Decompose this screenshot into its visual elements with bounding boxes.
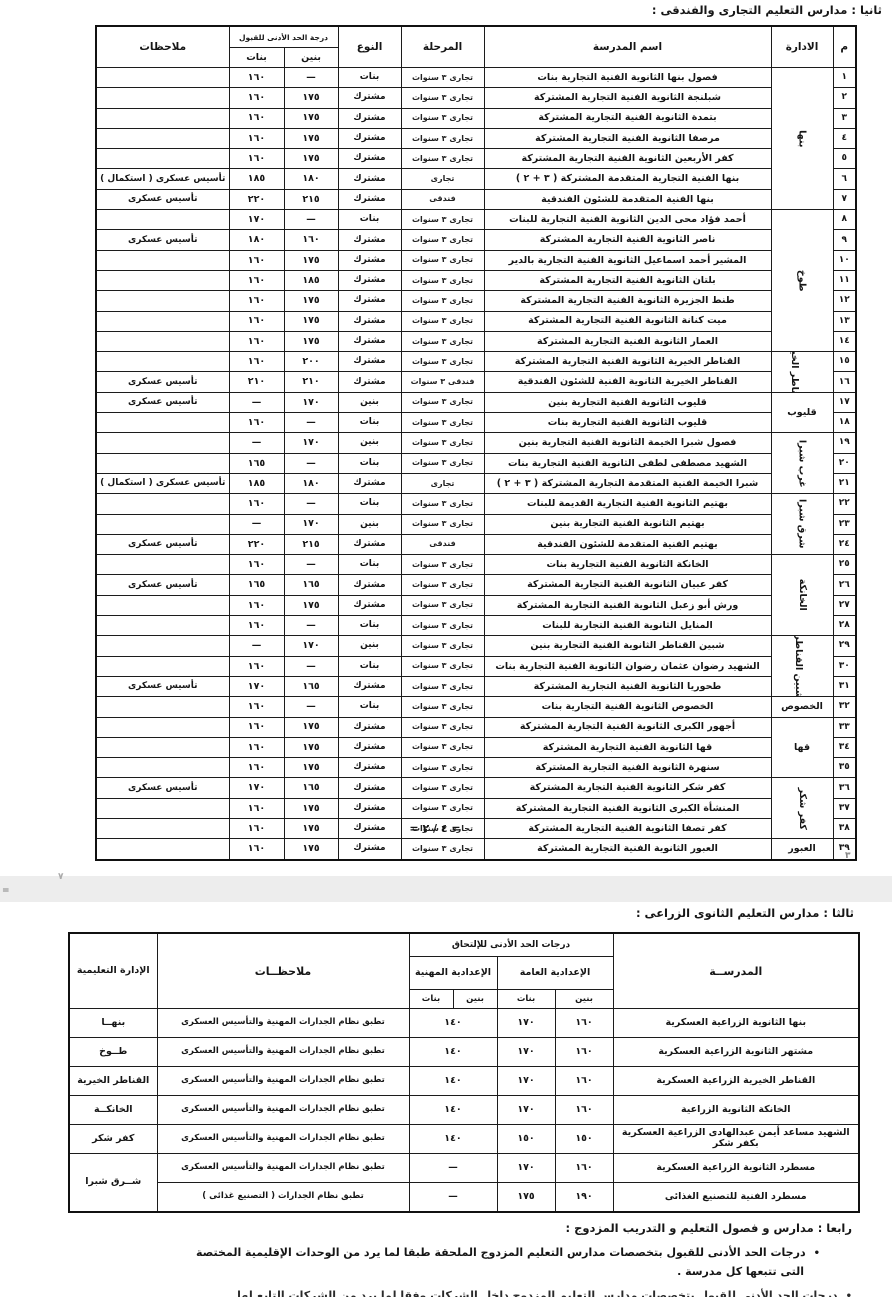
table-row: ٣٧المنشأة الكبرى الثانوية الفنية التجاري… bbox=[96, 798, 856, 818]
type: مشترك bbox=[338, 291, 401, 311]
stage: تجارى ٣ سنوات bbox=[401, 636, 484, 656]
school-name: كفر الأربعين الثانوية الفنية التجارية ال… bbox=[484, 149, 771, 169]
stage: تجارى ٣ سنوات bbox=[401, 291, 484, 311]
row-number: ١٤ bbox=[833, 331, 856, 351]
header-notes: ملاحظــات bbox=[157, 933, 409, 1009]
general-boys-grade: ١٩٠ bbox=[555, 1183, 613, 1213]
school-name: قليوب الثانوية الفنية التجارية بنات bbox=[484, 413, 771, 433]
vocational-grade: — bbox=[409, 1154, 497, 1183]
table-row: ٩ناصر الثانوية الفنية التجارية المشتركةت… bbox=[96, 230, 856, 250]
school-name: ورش أبو زعبل الثانوية الفنية التجارية ال… bbox=[484, 595, 771, 615]
school-name: فصول بنها الثانوية الفنية التجارية بنات bbox=[484, 68, 771, 88]
row-number: ٧ bbox=[833, 189, 856, 209]
agricultural-schools-table: المدرســة درجات الحد الأدنى للإلتحاق ملا… bbox=[68, 932, 860, 1213]
stage: تجارى ٣ سنوات bbox=[401, 717, 484, 737]
type: بنات bbox=[338, 494, 401, 514]
girls-min-grade: ١٦٠ bbox=[229, 68, 284, 88]
stage: تجارى ٣ سنوات bbox=[401, 514, 484, 534]
type: بنين bbox=[338, 392, 401, 412]
type: مشترك bbox=[338, 230, 401, 250]
girls-min-grade: ١٦٥ bbox=[229, 575, 284, 595]
admin-label: شبين القناطر bbox=[793, 636, 803, 697]
boys-min-grade: ١٧٥ bbox=[284, 717, 338, 737]
notes bbox=[96, 555, 229, 575]
row-number: ٢٤ bbox=[833, 534, 856, 554]
type: مشترك bbox=[338, 149, 401, 169]
girls-min-grade: ١٦٠ bbox=[229, 697, 284, 717]
notes bbox=[96, 839, 229, 860]
header-admin: الادارة bbox=[771, 26, 833, 68]
table-row: ٣٤قها الثانوية الفنية التجارية المشتركةت… bbox=[96, 737, 856, 757]
type: بنات bbox=[338, 413, 401, 433]
row-number: ٦ bbox=[833, 169, 856, 189]
row-number: ١٣ bbox=[833, 311, 856, 331]
vocational-grade: ١٤٠ bbox=[409, 1096, 497, 1125]
admin-label: العبور bbox=[788, 843, 816, 854]
header-stage: المرحلة bbox=[401, 26, 484, 68]
table-row: ٣٥سنهرة الثانوية الفنية التجارية المشترك… bbox=[96, 758, 856, 778]
school-name: طحوريا الثانوية الفنية التجارية المشتركة bbox=[484, 676, 771, 696]
school-name: كفر عبيان الثانوية الفنية التجارية المشت… bbox=[484, 575, 771, 595]
notes bbox=[96, 798, 229, 818]
boys-min-grade: ١٧٥ bbox=[284, 128, 338, 148]
table-row: ١٨قليوب الثانوية الفنية التجارية بناتتجا… bbox=[96, 413, 856, 433]
admin-cell: قليوب bbox=[771, 392, 833, 433]
dual-education-notes: •درجات الحد الأدنى للقبول بتخصصات مدارس … bbox=[72, 1244, 820, 1281]
stage: تجارى ٣ سنوات bbox=[401, 575, 484, 595]
type: بنات bbox=[338, 697, 401, 717]
stage: تجارى bbox=[401, 169, 484, 189]
girls-min-grade: ١٦٥ bbox=[229, 453, 284, 473]
notes bbox=[96, 514, 229, 534]
girls-min-grade: ١٧٠ bbox=[229, 676, 284, 696]
general-boys-grade: ١٦٠ bbox=[555, 1009, 613, 1038]
boys-min-grade: ١٨٥ bbox=[284, 270, 338, 290]
school-name: أحمد فؤاد محى الدين الثانوية الفنية التج… bbox=[484, 210, 771, 230]
school-name: مرصفا الثانوية الفنية التجارية المشتركة bbox=[484, 128, 771, 148]
boys-min-grade: — bbox=[284, 453, 338, 473]
vocational-grade: ١٤٠ bbox=[409, 1067, 497, 1096]
admin-cell: غرب شبرا bbox=[771, 433, 833, 494]
girls-min-grade: ١٦٠ bbox=[229, 798, 284, 818]
stage: تجارى ٣ سنوات bbox=[401, 433, 484, 453]
girls-min-grade: ١٦٠ bbox=[229, 88, 284, 108]
notes bbox=[96, 616, 229, 636]
notes bbox=[96, 210, 229, 230]
table-row: ٨طوخأحمد فؤاد محى الدين الثانوية الفنية … bbox=[96, 210, 856, 230]
header-admin: الإدارة التعليمية bbox=[69, 933, 157, 1009]
boys-min-grade: — bbox=[284, 68, 338, 88]
school-name: الخانكة الثانوية الزراعية bbox=[613, 1096, 859, 1125]
type: بنين bbox=[338, 514, 401, 534]
notes bbox=[96, 88, 229, 108]
table-row: ١٦القناطر الخيرية الثانوية الفنية للشئون… bbox=[96, 372, 856, 392]
stage: تجارى ٣ سنوات bbox=[401, 656, 484, 676]
table-row: ٢٧ورش أبو زعبل الثانوية الفنية التجارية … bbox=[96, 595, 856, 615]
type: مشترك bbox=[338, 839, 401, 860]
commercial-table-header: م الادارة اسم المدرسة المرحلة النوع درجة… bbox=[96, 26, 856, 68]
school-name: فصول شبرا الخيمة الثانوية الفنية التجاري… bbox=[484, 433, 771, 453]
school-name: ميت كنانة الثانوية الفنية التجارية المشت… bbox=[484, 311, 771, 331]
girls-min-grade: ١٦٠ bbox=[229, 616, 284, 636]
admin-label: طوخ bbox=[797, 270, 807, 292]
type: مشترك bbox=[338, 534, 401, 554]
header-girls: بنات bbox=[229, 48, 284, 68]
admin-cell: الخانكة bbox=[771, 555, 833, 636]
boys-min-grade: ١٧٥ bbox=[284, 595, 338, 615]
commercial-schools-table: م الادارة اسم المدرسة المرحلة النوع درجة… bbox=[95, 25, 857, 861]
boys-min-grade: ١٧٥ bbox=[284, 108, 338, 128]
girls-min-grade: ١٦٠ bbox=[229, 494, 284, 514]
school-name: كفر تصفا الثانوية الفنية التجارية المشتر… bbox=[484, 818, 771, 838]
row-number: ٤ bbox=[833, 128, 856, 148]
row-number: ٢٦ bbox=[833, 575, 856, 595]
stage: تجارى ٣ سنوات bbox=[401, 331, 484, 351]
vocational-grade: — bbox=[409, 1183, 497, 1213]
row-number: ١ bbox=[833, 68, 856, 88]
school-name: بهتيم الثانوية الفنية التجارية بنين bbox=[484, 514, 771, 534]
stage: تجارى ٣ سنوات bbox=[401, 413, 484, 433]
type: بنين bbox=[338, 636, 401, 656]
table-row: ٢٦كفر عبيان الثانوية الفنية التجارية الم… bbox=[96, 575, 856, 595]
notes bbox=[96, 737, 229, 757]
admin-cell: شبين القناطر bbox=[771, 636, 833, 697]
boys-min-grade: ١٦٥ bbox=[284, 575, 338, 595]
type: مشترك bbox=[338, 575, 401, 595]
girls-min-grade: — bbox=[229, 514, 284, 534]
stage: تجارى ٣ سنوات bbox=[401, 798, 484, 818]
stage: تجارى ٣ سنوات bbox=[401, 352, 484, 372]
school-name: الشهيد مصطفى لطفى الثانوية الفنية التجار… bbox=[484, 453, 771, 473]
school-name: العمار الثانوية الفنية التجارية المشتركة bbox=[484, 331, 771, 351]
page-number-marker: = ٤ / ٢ = bbox=[350, 822, 520, 835]
header-vocational-girls: بنات bbox=[409, 990, 453, 1009]
stage: تجارى ٣ سنوات bbox=[401, 230, 484, 250]
school-name: قها الثانوية الفنية التجارية المشتركة bbox=[484, 737, 771, 757]
type: بنين bbox=[338, 433, 401, 453]
type: مشترك bbox=[338, 737, 401, 757]
type: بنات bbox=[338, 616, 401, 636]
boys-min-grade: ١٧٠ bbox=[284, 636, 338, 656]
scan-artifact-mark: = bbox=[2, 886, 10, 896]
admin-label: قليوب bbox=[787, 407, 816, 418]
table-row: ٢٣بهتيم الثانوية الفنية التجارية بنينتجا… bbox=[96, 514, 856, 534]
stage: تجارى ٣ سنوات bbox=[401, 128, 484, 148]
bullet-text-2: درجات الحد الأدنى للقبول بتخصصات مدارس ا… bbox=[237, 1289, 837, 1297]
type: مشترك bbox=[338, 250, 401, 270]
stage: تجارى ٣ سنوات bbox=[401, 595, 484, 615]
general-boys-grade: ١٦٠ bbox=[555, 1096, 613, 1125]
header-vocational-boys: بنين bbox=[453, 990, 497, 1009]
type: بنات bbox=[338, 555, 401, 575]
table-row: ١٤العمار الثانوية الفنية التجارية المشتر… bbox=[96, 331, 856, 351]
boys-min-grade: — bbox=[284, 413, 338, 433]
school-name: سنهرة الثانوية الفنية التجارية المشتركة bbox=[484, 758, 771, 778]
general-girls-grade: ١٧٥ bbox=[497, 1183, 555, 1213]
header-school: المدرســة bbox=[613, 933, 859, 1009]
stage: تجارى ٣ سنوات bbox=[401, 758, 484, 778]
notes bbox=[96, 128, 229, 148]
table-row: ١٢طنط الجزيرة الثانوية الفنية التجارية ا… bbox=[96, 291, 856, 311]
type: مشترك bbox=[338, 676, 401, 696]
admin-label: شرق شبرا bbox=[797, 499, 807, 548]
admin-cell: الخصوص bbox=[771, 697, 833, 717]
bullet-text-1: درجات الحد الأدنى للقبول بتخصصات مدارس ا… bbox=[196, 1246, 806, 1259]
agricultural-table-body: بنها الثانوية الزراعية العسكرية١٦٠١٧٠١٤٠… bbox=[69, 1009, 859, 1213]
general-boys-grade: ١٦٠ bbox=[555, 1154, 613, 1183]
girls-min-grade: ١٦٠ bbox=[229, 108, 284, 128]
boys-min-grade: — bbox=[284, 494, 338, 514]
boys-min-grade: ١٧٥ bbox=[284, 839, 338, 860]
table-row: القناطر الخيرية الزراعية العسكرية١٦٠١٧٠١… bbox=[69, 1067, 859, 1096]
type: مشترك bbox=[338, 270, 401, 290]
commercial-table-body: ١بنهافصول بنها الثانوية الفنية التجارية … bbox=[96, 68, 856, 860]
girls-min-grade: ١٦٠ bbox=[229, 413, 284, 433]
stage: تجارى ٣ سنوات bbox=[401, 270, 484, 290]
boys-min-grade: ١٧٥ bbox=[284, 291, 338, 311]
school-name: القناطر الخيرية الزراعية العسكرية bbox=[613, 1067, 859, 1096]
header-school: اسم المدرسة bbox=[484, 26, 771, 68]
header-grade-group: درجة الحد الأدنى للقبول bbox=[229, 26, 338, 48]
boys-min-grade: ١٧٥ bbox=[284, 88, 338, 108]
school-name: بنها الثانوية الزراعية العسكرية bbox=[613, 1009, 859, 1038]
type: مشترك bbox=[338, 189, 401, 209]
table-row: ٣٦كفر شكركفر شكر الثانوية الفنية التجاري… bbox=[96, 778, 856, 798]
admin-label: قها bbox=[794, 742, 810, 753]
table-row: ١٩غرب شبرافصول شبرا الخيمة الثانوية الفن… bbox=[96, 433, 856, 453]
stage: تجارى bbox=[401, 473, 484, 493]
row-number: ١٦ bbox=[833, 372, 856, 392]
table-row: ١١بلتان الثانوية الفنية التجارية المشترك… bbox=[96, 270, 856, 290]
type: مشترك bbox=[338, 128, 401, 148]
row-number: ١١ bbox=[833, 270, 856, 290]
school-name: طنط الجزيرة الثانوية الفنية التجارية الم… bbox=[484, 291, 771, 311]
row-number: ٣٣ bbox=[833, 717, 856, 737]
vocational-grade: ١٤٠ bbox=[409, 1009, 497, 1038]
row-number: ٣٨ bbox=[833, 818, 856, 838]
school-name: بنها الفنية المتقدمة للشئون الفندقية bbox=[484, 189, 771, 209]
header-general-prep: الإعدادية العامة bbox=[497, 957, 613, 990]
general-girls-grade: ١٧٠ bbox=[497, 1009, 555, 1038]
school-name: الشهيد مساعد أيمن عبدالهادى الزراعية الع… bbox=[613, 1125, 859, 1154]
admin-label: القناطر الخيرية bbox=[790, 352, 800, 393]
girls-min-grade: ١٧٠ bbox=[229, 778, 284, 798]
table-row: ١٠المشير أحمد اسماعيل الثانوية الفنية ال… bbox=[96, 250, 856, 270]
section-title-commercial: ثانيا : مدارس التعليم التجارى والفندقى : bbox=[652, 3, 882, 17]
boys-min-grade: — bbox=[284, 210, 338, 230]
header-no: م bbox=[833, 26, 856, 68]
admin-cell: بنها bbox=[771, 68, 833, 210]
girls-min-grade: ١٦٠ bbox=[229, 839, 284, 860]
section-title-agricultural: ثالثا : مدارس التعليم الثانوى الزراعى : bbox=[636, 906, 854, 920]
school-name: مشتهر الثانوية الزراعية العسكرية bbox=[613, 1038, 859, 1067]
header-type: النوع bbox=[338, 26, 401, 68]
school-name: الشهيد رضوان عثمان رضوان الثانوية الفنية… bbox=[484, 656, 771, 676]
table-row: ٧بنها الفنية المتقدمة للشئون الفندقيةفند… bbox=[96, 189, 856, 209]
school-name: شبلنجة الثانوية الفنية التجارية المشتركة bbox=[484, 88, 771, 108]
school-name: المنايل الثانوية الفنية التجارية للبنات bbox=[484, 616, 771, 636]
notes: تطبق نظام الجدارات المهنية والتأسيس العس… bbox=[157, 1038, 409, 1067]
row-number: ١٥ bbox=[833, 352, 856, 372]
boys-min-grade: — bbox=[284, 697, 338, 717]
type: بنات bbox=[338, 68, 401, 88]
general-boys-grade: ١٦٠ bbox=[555, 1038, 613, 1067]
girls-min-grade: ١٦٠ bbox=[229, 656, 284, 676]
stage: تجارى ٣ سنوات bbox=[401, 311, 484, 331]
table-row: ٢٩شبين القناطرشبين القناطر الثانوية الفن… bbox=[96, 636, 856, 656]
stage: تجارى ٣ سنوات bbox=[401, 555, 484, 575]
notes: تأسيس عسكرى bbox=[96, 230, 229, 250]
girls-min-grade: ٢٢٠ bbox=[229, 534, 284, 554]
boys-min-grade: ١٧٠ bbox=[284, 392, 338, 412]
table-row: ١٥القناطر الخيريةالقناطر الخيرية الثانوي… bbox=[96, 352, 856, 372]
bullet-line-1: •درجات الحد الأدنى للقبول بتخصصات مدارس … bbox=[72, 1244, 820, 1263]
boys-min-grade: ٢١٥ bbox=[284, 534, 338, 554]
row-number: ٢٠ bbox=[833, 453, 856, 473]
type: مشترك bbox=[338, 758, 401, 778]
school-name: قليوب الثانوية الفنية التجارية بنين bbox=[484, 392, 771, 412]
notes bbox=[96, 656, 229, 676]
row-number: ٢٥ bbox=[833, 555, 856, 575]
stage: تجارى ٣ سنوات bbox=[401, 68, 484, 88]
row-number: ١٩ bbox=[833, 433, 856, 453]
stage: تجارى ٣ سنوات bbox=[401, 737, 484, 757]
girls-min-grade: ٢٢٠ bbox=[229, 189, 284, 209]
girls-min-grade: ١٦٠ bbox=[229, 291, 284, 311]
stage: تجارى ٣ سنوات bbox=[401, 697, 484, 717]
bullet-icon: • bbox=[814, 1246, 820, 1263]
boys-min-grade: ١٧٥ bbox=[284, 311, 338, 331]
type: مشترك bbox=[338, 169, 401, 189]
boys-min-grade: ١٨٠ bbox=[284, 473, 338, 493]
table-row: ٣بتمدة الثانوية الفنية التجارية المشتركة… bbox=[96, 108, 856, 128]
notes bbox=[96, 697, 229, 717]
row-number: ١٠ bbox=[833, 250, 856, 270]
row-number: ٢٢ bbox=[833, 494, 856, 514]
table-row: بنها الثانوية الزراعية العسكرية١٦٠١٧٠١٤٠… bbox=[69, 1009, 859, 1038]
row-number: ٢١ bbox=[833, 473, 856, 493]
table-row: ١٣ميت كنانة الثانوية الفنية التجارية الم… bbox=[96, 311, 856, 331]
type: مشترك bbox=[338, 108, 401, 128]
header-general-boys: بنين bbox=[555, 990, 613, 1009]
row-number: ٣٢ bbox=[833, 697, 856, 717]
row-number: ٩ bbox=[833, 230, 856, 250]
girls-min-grade: ١٦٠ bbox=[229, 595, 284, 615]
row-number: ١٧ bbox=[833, 392, 856, 412]
admin-cell: طــوخ bbox=[69, 1038, 157, 1067]
table-row: ٢٨المنايل الثانوية الفنية التجارية للبنا… bbox=[96, 616, 856, 636]
table-row: الشهيد مساعد أيمن عبدالهادى الزراعية الع… bbox=[69, 1125, 859, 1154]
admin-cell: كفر شكر bbox=[69, 1125, 157, 1154]
girls-min-grade: ١٨٥ bbox=[229, 169, 284, 189]
stage: تجارى ٣ سنوات bbox=[401, 778, 484, 798]
row-number: ٣٠ bbox=[833, 656, 856, 676]
type: مشترك bbox=[338, 473, 401, 493]
school-name: بنها الفنية التجارية المتقدمة المشتركة (… bbox=[484, 169, 771, 189]
notes: تأسيس عسكرى bbox=[96, 392, 229, 412]
school-name: العبور الثانوية الفنية التجارية المشتركة bbox=[484, 839, 771, 860]
boys-min-grade: — bbox=[284, 656, 338, 676]
stage: فندقى bbox=[401, 534, 484, 554]
notes bbox=[96, 250, 229, 270]
header-grade-group: درجات الحد الأدنى للإلتحاق bbox=[409, 933, 613, 957]
type: مشترك bbox=[338, 798, 401, 818]
admin-cell: القناطر الخيرية bbox=[771, 352, 833, 393]
boys-min-grade: ١٧٠ bbox=[284, 514, 338, 534]
notes: تطبق نظام الجدارات المهنية والتأسيس العس… bbox=[157, 1096, 409, 1125]
notes bbox=[96, 270, 229, 290]
table-row: مسطرد الثانوية الزراعية العسكرية١٦٠١٧٠—ت… bbox=[69, 1154, 859, 1183]
notes: تطبق نظام الجدارات المهنية والتأسيس العس… bbox=[157, 1067, 409, 1096]
general-boys-grade: ١٦٠ bbox=[555, 1067, 613, 1096]
type: مشترك bbox=[338, 372, 401, 392]
notes bbox=[96, 108, 229, 128]
row-number: ٢٧ bbox=[833, 595, 856, 615]
school-name: المشير أحمد اسماعيل الثانوية الفنية التج… bbox=[484, 250, 771, 270]
admin-cell: شرق شبرا bbox=[771, 494, 833, 555]
row-number: ٣١ bbox=[833, 676, 856, 696]
girls-min-grade: ١٦٠ bbox=[229, 149, 284, 169]
general-girls-grade: ١٥٠ bbox=[497, 1125, 555, 1154]
table-row: ١بنهافصول بنها الثانوية الفنية التجارية … bbox=[96, 68, 856, 88]
admin-cell: العبور bbox=[771, 839, 833, 860]
notes: تطبق نظام الجدارات المهنية والتأسيس العس… bbox=[157, 1154, 409, 1183]
boys-min-grade: ١٨٠ bbox=[284, 169, 338, 189]
admin-cell: القناطر الخيرية bbox=[69, 1067, 157, 1096]
notes: تأسيس عسكرى bbox=[96, 676, 229, 696]
stage: تجارى ٣ سنوات bbox=[401, 676, 484, 696]
table-row: ٢١شبرا الخيمة الفنية المتقدمة التجارية ا… bbox=[96, 473, 856, 493]
scanned-document-page: ٣ = ٧ ثانيا : مدارس التعليم التجارى والف… bbox=[0, 0, 892, 1297]
general-boys-grade: ١٥٠ bbox=[555, 1125, 613, 1154]
boys-min-grade: ١٧٥ bbox=[284, 818, 338, 838]
notes: تطبق نظام الجدارات ( التصنيع غذائى ) bbox=[157, 1183, 409, 1213]
notes: تأسيس عسكرى bbox=[96, 575, 229, 595]
row-number: ٢ bbox=[833, 88, 856, 108]
admin-label: كفر شكر bbox=[797, 787, 807, 829]
row-number: ٥ bbox=[833, 149, 856, 169]
admin-label: الخانكة bbox=[797, 579, 807, 611]
bullet-line-2: التى تتبعها كل مدرسة . bbox=[72, 1263, 820, 1281]
girls-min-grade: ١٨٥ bbox=[229, 473, 284, 493]
vocational-grade: ١٤٠ bbox=[409, 1038, 497, 1067]
stage: فندقى bbox=[401, 189, 484, 209]
stage: تجارى ٣ سنوات bbox=[401, 839, 484, 860]
boys-min-grade: ١٦٠ bbox=[284, 230, 338, 250]
header-boys: بنين bbox=[284, 48, 338, 68]
stage: تجارى ٣ سنوات bbox=[401, 392, 484, 412]
school-name: بهتيم الثانوية الفنية التجارية القديمة ل… bbox=[484, 494, 771, 514]
school-name: الخانكة الثانوية الفنية التجارية بنات bbox=[484, 555, 771, 575]
row-number: ٣٩ bbox=[833, 839, 856, 860]
type: مشترك bbox=[338, 717, 401, 737]
school-name: الخصوص الثانوية الفنية التجارية بنات bbox=[484, 697, 771, 717]
school-name: أجهور الكبرى الثانوية الفنية التجارية ال… bbox=[484, 717, 771, 737]
girls-min-grade: ١٦٠ bbox=[229, 737, 284, 757]
stage: تجارى ٣ سنوات bbox=[401, 453, 484, 473]
girls-min-grade: ١٦٠ bbox=[229, 250, 284, 270]
girls-min-grade: ١٦٠ bbox=[229, 311, 284, 331]
table-row: ٢٤بهتيم الفنية المتقدمة للشئون الفندقيةف… bbox=[96, 534, 856, 554]
notes: تأسيس عسكرى bbox=[96, 372, 229, 392]
row-number: ٣٤ bbox=[833, 737, 856, 757]
agricultural-table-header: المدرســة درجات الحد الأدنى للإلتحاق ملا… bbox=[69, 933, 859, 1009]
notes bbox=[96, 413, 229, 433]
boys-min-grade: — bbox=[284, 555, 338, 575]
boys-min-grade: ٢١٠ bbox=[284, 372, 338, 392]
notes bbox=[96, 291, 229, 311]
table-row: ٣١طحوريا الثانوية الفنية التجارية المشتر… bbox=[96, 676, 856, 696]
